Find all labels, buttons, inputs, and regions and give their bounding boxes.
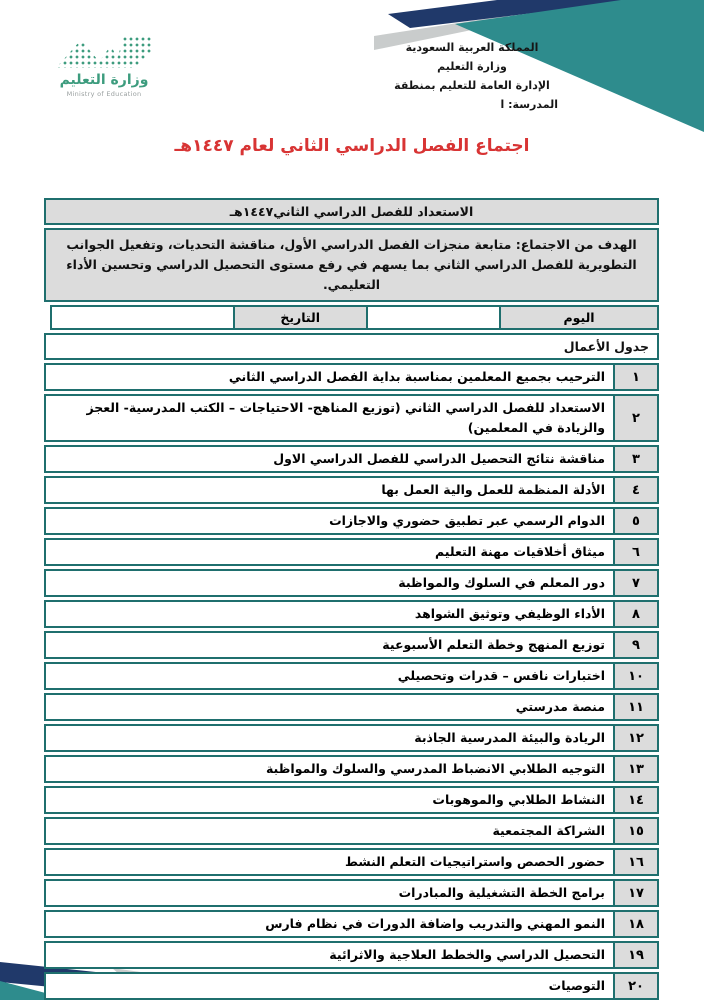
agenda-row-number: ١٨ — [613, 910, 659, 938]
agenda-row-text: مناقشة نتائج التحصيل الدراسي للفصل الدرا… — [44, 445, 615, 473]
meeting-goal-cell: الهدف من الاجتماع: متابعة منجزات الفصل ا… — [44, 228, 659, 302]
agenda-row: ١١ منصة مدرستي — [44, 693, 659, 721]
agenda-row-number: ٨ — [613, 600, 659, 628]
agenda-row-number: ١٥ — [613, 817, 659, 845]
agenda-row-text: الأداء الوظيفي وتوثيق الشواهد — [44, 600, 615, 628]
date-label-cell: التاريخ — [233, 305, 368, 330]
agenda-row-text: اختبارات نافس – قدرات وتحصيلي — [44, 662, 615, 690]
agenda-row-number: ٢ — [613, 394, 659, 442]
agenda-row: ٧ دور المعلم في السلوك والمواظبة — [44, 569, 659, 597]
document-page: وزارة التعليم Ministry of Education المم… — [0, 0, 704, 1000]
ministry-emblem-icon — [56, 36, 152, 68]
day-value-cell[interactable] — [366, 305, 501, 330]
agenda-row-text: توزيع المنهج وخطة التعلم الأسبوعية — [44, 631, 615, 659]
agenda-row-number: ١١ — [613, 693, 659, 721]
agenda-row-number: ٥ — [613, 507, 659, 535]
agenda-row: ٨ الأداء الوظيفي وتوثيق الشواهد — [44, 600, 659, 628]
agenda-row-number: ٦ — [613, 538, 659, 566]
agenda-row: ١٥ الشراكة المجتمعية — [44, 817, 659, 845]
agenda-row-text: دور المعلم في السلوك والمواظبة — [44, 569, 615, 597]
agenda-row: ١٢ الريادة والبيئة المدرسية الجاذبة — [44, 724, 659, 752]
gov-line-ministry: وزارة التعليم — [386, 57, 558, 76]
agenda-row-number: ١٩ — [613, 941, 659, 969]
government-header-block: المملكة العربية السعودية وزارة التعليم ا… — [386, 38, 558, 114]
agenda-row-number: ١٤ — [613, 786, 659, 814]
agenda-row: ٩ توزيع المنهج وخطة التعلم الأسبوعية — [44, 631, 659, 659]
agenda-row-text: التوجيه الطلابي الانضباط المدرسي والسلوك… — [44, 755, 615, 783]
gov-line-administration: الإدارة العامة للتعليم بمنطقة — [386, 76, 558, 95]
agenda-row-number: ٤ — [613, 476, 659, 504]
agenda-row-number: ١٢ — [613, 724, 659, 752]
agenda-row-text: التحصيل الدراسي والخطط العلاجية والاثرائ… — [44, 941, 615, 969]
agenda-row-text: الأدلة المنظمة للعمل والية العمل بها — [44, 476, 615, 504]
agenda-row-number: ١٠ — [613, 662, 659, 690]
agenda-row-text: الشراكة المجتمعية — [44, 817, 615, 845]
day-label-cell: اليوم — [499, 305, 659, 330]
agenda-row-number: ١٧ — [613, 879, 659, 907]
agenda-header-cell: جدول الأعمال — [44, 333, 659, 360]
agenda-row: ١٠ اختبارات نافس – قدرات وتحصيلي — [44, 662, 659, 690]
day-date-row: اليوم التاريخ — [44, 305, 659, 330]
agenda-row-text: منصة مدرستي — [44, 693, 615, 721]
agenda-row: ١٧ برامج الخطة التشغيلية والمبادرات — [44, 879, 659, 907]
date-value-cell[interactable] — [50, 305, 235, 330]
agenda-row: ١٩ التحصيل الدراسي والخطط العلاجية والاث… — [44, 941, 659, 969]
meeting-form: الاستعداد للفصل الدراسي الثاني١٤٤٧هـ اله… — [44, 198, 659, 1000]
gov-line-country: المملكة العربية السعودية — [386, 38, 558, 57]
agenda-row: ١ الترحيب بجميع المعلمين بمناسبة بداية ا… — [44, 363, 659, 391]
logo-english-text: Ministry of Education — [44, 90, 164, 98]
agenda-row-text: الريادة والبيئة المدرسية الجاذبة — [44, 724, 615, 752]
agenda-row: ١٤ النشاط الطلابي والموهوبات — [44, 786, 659, 814]
agenda-row-text: حضور الحصص واستراتيجيات التعلم النشط — [44, 848, 615, 876]
agenda-row-text: ميثاق أخلاقيات مهنة التعليم — [44, 538, 615, 566]
agenda-row: ٤ الأدلة المنظمة للعمل والية العمل بها — [44, 476, 659, 504]
agenda-row-text: الدوام الرسمي عبر تطبيق حضوري والاجازات — [44, 507, 615, 535]
agenda-row: ١٦ حضور الحصص واستراتيجيات التعلم النشط — [44, 848, 659, 876]
agenda-row: ٢٠ التوصيات — [44, 972, 659, 1000]
agenda-row-text: الاستعداد للفصل الدراسي الثاني (توزيع ال… — [44, 394, 615, 442]
agenda-row: ١٣ التوجيه الطلابي الانضباط المدرسي والس… — [44, 755, 659, 783]
agenda-row-number: ٩ — [613, 631, 659, 659]
gov-line-school: المدرسة: ا — [386, 95, 558, 114]
ministry-logo: وزارة التعليم Ministry of Education — [44, 36, 164, 98]
agenda-row-number: ٧ — [613, 569, 659, 597]
agenda-row-number: ١٦ — [613, 848, 659, 876]
agenda-row: ١٨ النمو المهني والتدريب واضافة الدورات … — [44, 910, 659, 938]
agenda-row-number: ١ — [613, 363, 659, 391]
agenda-row: ٣ مناقشة نتائج التحصيل الدراسي للفصل الد… — [44, 445, 659, 473]
section-title-cell: الاستعداد للفصل الدراسي الثاني١٤٤٧هـ — [44, 198, 659, 225]
agenda-row: ٢ الاستعداد للفصل الدراسي الثاني (توزيع … — [44, 394, 659, 442]
agenda-row: ٥ الدوام الرسمي عبر تطبيق حضوري والاجازا… — [44, 507, 659, 535]
agenda-row-number: ٣ — [613, 445, 659, 473]
agenda-row-text: التوصيات — [44, 972, 615, 1000]
agenda-row-text: النشاط الطلابي والموهوبات — [44, 786, 615, 814]
agenda-row: ٦ ميثاق أخلاقيات مهنة التعليم — [44, 538, 659, 566]
page-title: اجتماع الفصل الدراسي الثاني لعام ١٤٤٧هـ — [0, 136, 704, 156]
agenda-row-text: الترحيب بجميع المعلمين بمناسبة بداية الف… — [44, 363, 615, 391]
agenda-list: ١ الترحيب بجميع المعلمين بمناسبة بداية ا… — [44, 363, 659, 1000]
agenda-row-text: برامج الخطة التشغيلية والمبادرات — [44, 879, 615, 907]
agenda-row-text: النمو المهني والتدريب واضافة الدورات في … — [44, 910, 615, 938]
agenda-row-number: ٢٠ — [613, 972, 659, 1000]
agenda-row-number: ١٣ — [613, 755, 659, 783]
logo-arabic-text: وزارة التعليم — [44, 72, 164, 88]
